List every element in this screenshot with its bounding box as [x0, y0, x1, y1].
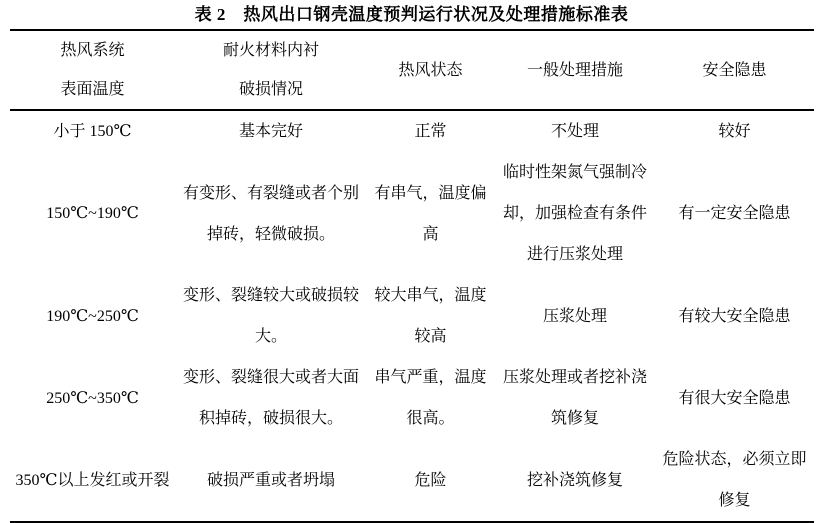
table-cell-safety-hazard: 较好	[656, 110, 814, 152]
table-cell-temperature: 小于 150℃	[10, 110, 176, 152]
table-cell-general-measures: 临时性架氮气强制冷却，加强检查有条件进行压浆处理	[495, 152, 656, 275]
column-header-surface-temperature: 热风系统 表面温度	[10, 30, 176, 110]
table-cell-temperature: 250℃~350℃	[10, 357, 176, 439]
table-row: 250℃~350℃ 变形、裂缝很大或者大面积掉砖，破损很大。 串气严重，温度很高…	[10, 357, 814, 439]
table-cell-hot-blast-state: 较大串气，温度较高	[367, 275, 495, 357]
table-cell-safety-hazard: 危险状态，必须立即修复	[656, 439, 814, 522]
table-cell-safety-hazard: 有一定安全隐患	[656, 152, 814, 275]
table-cell-lining-damage: 有变形、有裂缝或者个别掉砖，轻微破损。	[176, 152, 367, 275]
table-cell-lining-damage: 基本完好	[176, 110, 367, 152]
table-row: 190℃~250℃ 变形、裂缝较大或破损较大。 较大串气，温度较高 压浆处理 有…	[10, 275, 814, 357]
document-page: 表 2 热风出口钢壳温度预判运行状况及处理措施标准表 热风系统 表面温度 耐火材…	[0, 0, 823, 523]
table-header-row: 热风系统 表面温度 耐火材料内衬 破损情况 热风状态 一般处理措施 安全隐患	[10, 30, 814, 110]
column-header-hot-blast-state: 热风状态	[367, 30, 495, 110]
table-cell-general-measures: 压浆处理或者挖补浇筑修复	[495, 357, 656, 439]
column-header-lining-damage: 耐火材料内衬 破损情况	[176, 30, 367, 110]
table-cell-lining-damage: 破损严重或者坍塌	[176, 439, 367, 522]
table-cell-safety-hazard: 有很大安全隐患	[656, 357, 814, 439]
table-row: 150℃~190℃ 有变形、有裂缝或者个别掉砖，轻微破损。 有串气，温度偏高 临…	[10, 152, 814, 275]
table-title: 表 2 热风出口钢壳温度预判运行状况及处理措施标准表	[0, 0, 823, 29]
column-header-safety-hazard: 安全隐患	[656, 30, 814, 110]
table-cell-hot-blast-state: 危险	[367, 439, 495, 522]
table-cell-temperature: 350℃以上发红或开裂	[10, 439, 176, 522]
table-cell-general-measures: 不处理	[495, 110, 656, 152]
column-header-general-measures: 一般处理措施	[495, 30, 656, 110]
table-cell-lining-damage: 变形、裂缝较大或破损较大。	[176, 275, 367, 357]
table-cell-general-measures: 压浆处理	[495, 275, 656, 357]
table-cell-hot-blast-state: 串气严重，温度很高。	[367, 357, 495, 439]
table-row: 350℃以上发红或开裂 破损严重或者坍塌 危险 挖补浇筑修复 危险状态，必须立即…	[10, 439, 814, 522]
table-row: 小于 150℃ 基本完好 正常 不处理 较好	[10, 110, 814, 152]
standard-table: 热风系统 表面温度 耐火材料内衬 破损情况 热风状态 一般处理措施 安全隐患 小…	[10, 29, 814, 523]
table-cell-safety-hazard: 有较大安全隐患	[656, 275, 814, 357]
table-cell-lining-damage: 变形、裂缝很大或者大面积掉砖，破损很大。	[176, 357, 367, 439]
table-cell-temperature: 190℃~250℃	[10, 275, 176, 357]
table-cell-general-measures: 挖补浇筑修复	[495, 439, 656, 522]
table-cell-temperature: 150℃~190℃	[10, 152, 176, 275]
table-cell-hot-blast-state: 正常	[367, 110, 495, 152]
table-cell-hot-blast-state: 有串气，温度偏高	[367, 152, 495, 275]
